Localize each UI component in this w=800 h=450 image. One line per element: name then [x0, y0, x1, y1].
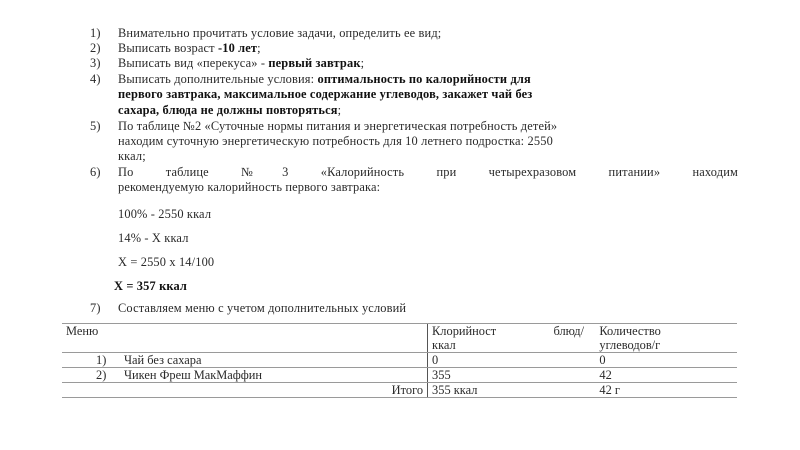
step-punct: ; [361, 56, 365, 70]
formula-result: X = 357 ккал [114, 279, 187, 294]
formula-2: 14% - X ккал [118, 231, 189, 246]
item-name: Чикен Фреш МакМаффин [124, 368, 262, 382]
step-number: 7) [90, 301, 118, 316]
step-text: Выписать возраст [118, 41, 218, 55]
step-number: 1) [90, 26, 118, 41]
item-calories: 355 [428, 368, 596, 383]
step-2: 2)Выписать возраст -10 лет; [0, 41, 261, 56]
step-6-text: По таблице №3 «Калорийность при четырехр… [118, 165, 738, 180]
step-5: 5)По таблице №2 «Суточные нормы питания … [0, 119, 557, 134]
total-label: Итого [62, 383, 428, 398]
header-calories-unit: ккал [432, 338, 591, 352]
header-carbs-unit: углеводов/г [599, 338, 733, 352]
item-number: 1) [96, 353, 124, 367]
step-text: Выписать вид «перекуса» - [118, 56, 268, 70]
step-text: Выписать дополнительные условия: [118, 72, 318, 86]
header-menu: Меню [62, 324, 428, 353]
step-text: По таблице №2 «Суточные нормы питания и … [118, 119, 557, 133]
formula-3: X = 2550 x 14/100 [118, 255, 214, 270]
step-punct: ; [338, 103, 342, 117]
step-5-line-3: ккал; [118, 149, 146, 164]
menu-table: Меню Клорийностблюд/ ккал Количество угл… [62, 323, 737, 398]
step-text: Составляем меню с учетом дополнительных … [118, 301, 406, 315]
step-4-line-3: сахара, блюда не должны повторяться; [118, 103, 341, 118]
step-bold: оптимальность по калорийности для [318, 72, 531, 86]
step-3: 3)Выписать вид «перекуса» - первый завтр… [0, 56, 364, 71]
item-name: Чай без сахара [124, 353, 201, 367]
header-carbs: Количество углеводов/г [595, 324, 737, 353]
step-number: 4) [90, 72, 118, 87]
table-header-row: Меню Клорийностблюд/ ккал Количество угл… [62, 324, 737, 353]
table-row: 1)Чай без сахара 0 0 [62, 353, 737, 368]
step-6-line-2: рекомендуемую калорийность первого завтр… [118, 180, 380, 195]
step-number: 3) [90, 56, 118, 71]
item-number: 2) [96, 368, 124, 382]
step-number: 2) [90, 41, 118, 56]
item-carbs: 42 [595, 368, 737, 383]
total-carbs: 42 г [595, 383, 737, 398]
item-carbs: 0 [595, 353, 737, 368]
total-calories: 355 ккал [428, 383, 596, 398]
document-page: 1)Внимательно прочитать условие задачи, … [0, 0, 800, 450]
step-7: 7)Составляем меню с учетом дополнительны… [0, 301, 406, 316]
step-1: 1)Внимательно прочитать условие задачи, … [0, 26, 441, 41]
step-punct: ; [257, 41, 261, 55]
step-number: 6) [90, 165, 118, 180]
header-calories: Клорийностблюд/ ккал [428, 324, 596, 353]
step-6-number-wrap: 6) [0, 165, 118, 180]
header-calories-part: Клорийност [432, 324, 496, 338]
step-4-line-2: первого завтрака, максимальное содержани… [118, 87, 532, 102]
menu-item-cell: 1)Чай без сахара [62, 353, 428, 368]
step-4: 4)Выписать дополнительные условия: оптим… [0, 72, 531, 87]
step-bold: первый завтрак [268, 56, 360, 70]
header-calories-part: блюд/ [553, 324, 584, 338]
step-number: 5) [90, 119, 118, 134]
menu-item-cell: 2)Чикен Фреш МакМаффин [62, 368, 428, 383]
table-row: 2)Чикен Фреш МакМаффин 355 42 [62, 368, 737, 383]
step-text: Внимательно прочитать условие задачи, оп… [118, 26, 441, 40]
table-total-row: Итого 355 ккал 42 г [62, 383, 737, 398]
header-carbs-part: Количество [599, 324, 733, 338]
step-bold: -10 лет [218, 41, 257, 55]
step-bold: сахара, блюда не должны повторяться [118, 103, 338, 117]
formula-1: 100% - 2550 ккал [118, 207, 211, 222]
step-5-line-2: находим суточную энергетическую потребно… [118, 134, 553, 149]
item-calories: 0 [428, 353, 596, 368]
